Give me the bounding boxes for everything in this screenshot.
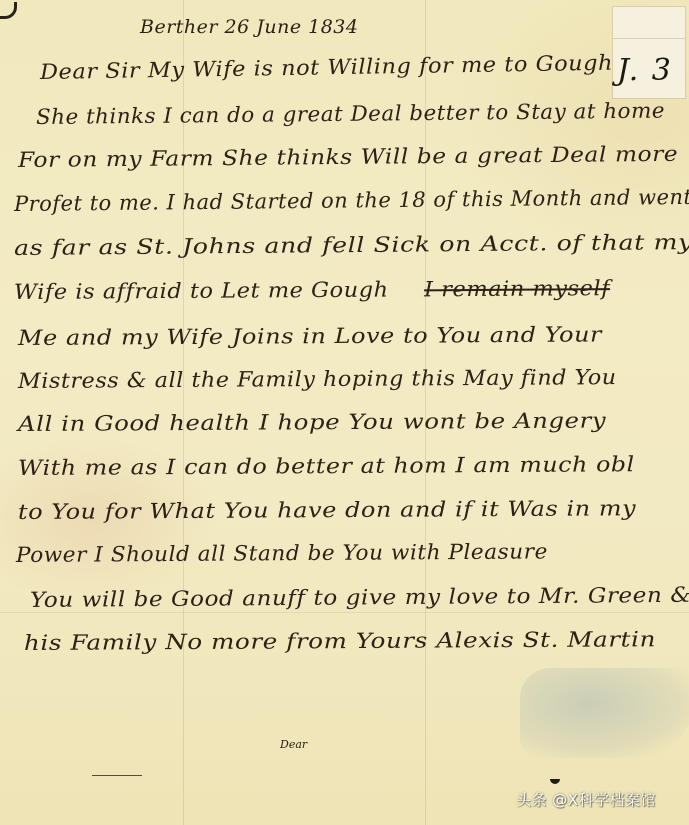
footer-word: Dear (280, 738, 307, 751)
letter-line: as far as St. Johns and fell Sick on Acc… (14, 230, 689, 260)
ink-blot (0, 2, 17, 19)
label-crease (613, 38, 685, 39)
letter-line: For on my Farm She thinks Will be a grea… (18, 142, 678, 172)
letter-line: Dear Sir My Wife is not Willing for me t… (40, 51, 614, 84)
letter-line: She thinks I can do a great Deal better … (36, 99, 665, 129)
fold-line (0, 612, 689, 613)
pen-dash (92, 775, 142, 776)
letter-page: J. 3 Berther 26 June 1834 Dear Sir My Wi… (0, 0, 689, 825)
dateline: Berther 26 June 1834 (140, 16, 358, 38)
letter-line: his Family No more from Yours Alexis St.… (24, 627, 656, 655)
archive-label-code: J. 3 (617, 53, 673, 88)
letter-line: All in Good health I hope You wont be An… (18, 408, 606, 436)
archive-label: J. 3 (613, 7, 685, 98)
watermark: 头条 @X科学档案馆 (516, 789, 656, 810)
letter-line: to You for What You have don and if it W… (18, 496, 636, 524)
struck-text: I remain myself (424, 276, 610, 301)
letter-line: Power I Should all Stand be You with Ple… (16, 539, 548, 567)
letter-line: Wife is affraid to Let me Gough I remain… (14, 276, 610, 304)
letter-line: Profet to me. I had Started on the 18 of… (14, 185, 689, 216)
letter-line-text: Wife is affraid to Let me Gough (14, 278, 389, 304)
letter-line: Mistress & all the Family hoping this Ma… (18, 365, 617, 393)
letter-line: Me and my Wife Joins in Love to You and … (18, 322, 602, 350)
water-stain (520, 668, 689, 758)
ink-mark (550, 779, 560, 784)
letter-line: You will be Good anuff to give my love t… (30, 583, 689, 612)
letter-line: With me as I can do better at hom I am m… (18, 452, 635, 480)
